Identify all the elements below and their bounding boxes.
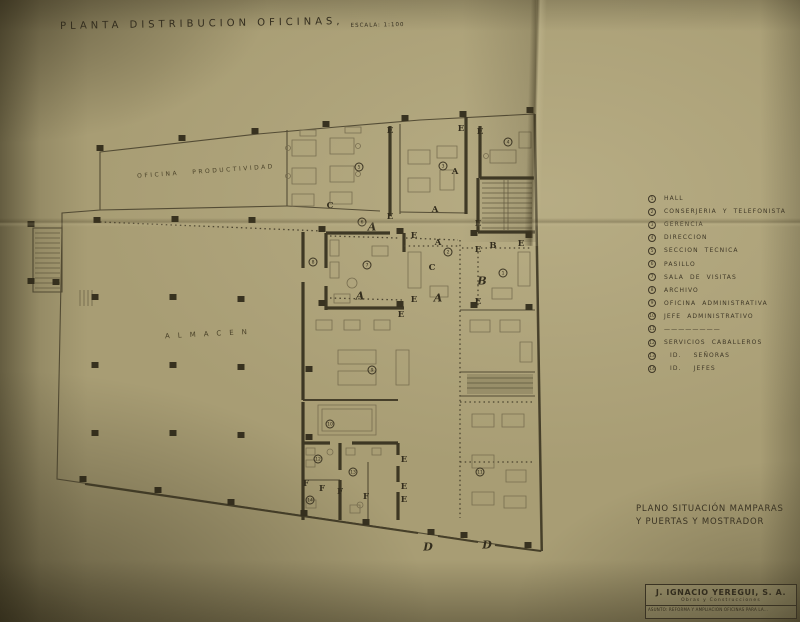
plan-caption-line2: Y PUERTAS Y MOSTRADOR [636, 516, 800, 529]
plan-letter-marker: D [423, 542, 433, 553]
plan-letter-marker: E [411, 296, 417, 305]
legend-item-number: 11 [648, 325, 656, 333]
legend-item-label: PASILLO [664, 261, 696, 268]
company-name: J. IGNACIO YEREGUI, S. A. [646, 588, 796, 597]
plan-letter-marker: A [435, 239, 442, 248]
legend-item-number: 13 [648, 352, 656, 360]
plan-caption-line1: PLANO SITUACIÓN MAMPARAS [636, 503, 800, 516]
legend-item-label: HALL [664, 195, 684, 202]
partition-dashed-lines [100, 222, 534, 518]
room-number-circle: 3 [439, 162, 448, 171]
legend-item: 7SALA DE VISITAS [648, 271, 786, 284]
plan-caption: PLANO SITUACIÓN MAMPARAS Y PUERTAS Y MOS… [636, 503, 800, 529]
plan-letter-marker: E [475, 298, 481, 307]
legend-item: 4DIRECCION [648, 231, 786, 244]
room-number-circle: 12 [314, 455, 323, 464]
legend-item: 10JEFE ADMINISTRATIVO [648, 310, 786, 323]
plan-letter-marker: C [327, 202, 334, 211]
legend-item: 13 ID. SEÑORAS [648, 349, 786, 362]
legend-item-label: OFICINA ADMINISTRATIVA [664, 300, 768, 307]
legend-item-label: ———————— [664, 326, 721, 333]
hatched-band [467, 374, 533, 394]
plan-letter-marker: F [363, 493, 369, 502]
company-subtitle: Obras y Construcciones [646, 598, 796, 603]
plan-letter-marker: F [337, 488, 343, 497]
legend-item: 2CONSERJERIA Y TELEFONISTA [648, 205, 786, 218]
stair-hatching [35, 180, 533, 388]
plan-letter-marker: E [398, 311, 404, 320]
legend-item-label: SERVICIOS CABALLEROS [664, 339, 762, 346]
room-number-circle: 14 [306, 496, 315, 505]
plan-letter-marker: A [356, 291, 365, 302]
legend-item-label: ARCHIVO [664, 287, 699, 294]
room-number-circle: 11 [476, 468, 485, 477]
legend-item-number: 6 [648, 260, 656, 268]
room-number-circle: 7 [363, 261, 372, 270]
room-number-circle: 9 [368, 366, 377, 375]
legend-item: 8ARCHIVO [648, 284, 786, 297]
legend-item-label: DIRECCION [664, 234, 708, 241]
plan-letter-marker: E [401, 496, 407, 505]
room-number-circle: 10 [326, 420, 335, 429]
plan-letter-marker: D [482, 540, 492, 551]
legend-item-number: 1 [648, 195, 656, 203]
legend-item-number: 10 [648, 312, 656, 320]
legend-item-label: JEFE ADMINISTRATIVO [664, 313, 754, 320]
legend-item-number: 12 [648, 339, 656, 347]
legend-item-label: ID. SEÑORAS [664, 352, 730, 359]
legend-item: 11———————— [648, 323, 786, 336]
legend-item: 14 ID. JEFES [648, 362, 786, 375]
legend-item-label: SALA DE VISITAS [664, 274, 737, 281]
plan-letter-marker: E [475, 246, 481, 255]
plan-letter-marker: A [434, 293, 443, 304]
plan-letter-marker: E [401, 483, 407, 492]
horizontal-fold-crease [0, 218, 800, 227]
plan-letter-marker: B [477, 276, 486, 287]
legend-item-number: 9 [648, 299, 656, 307]
plan-letter-marker: A [452, 168, 459, 177]
plan-letter-marker: A [432, 206, 439, 215]
legend-item-number: 5 [648, 247, 656, 255]
room-number-circle: 13 [349, 468, 358, 477]
plan-letter-marker: B [489, 242, 496, 251]
plan-letter-marker: C [429, 264, 436, 273]
legend-item-number: 4 [648, 234, 656, 242]
plan-letter-marker: E [401, 456, 407, 465]
legend-item: 1HALL [648, 192, 786, 205]
photographed-floor-plan: PLANTA DISTRIBUCION OFICINAS,ESCALA: 1:1… [0, 0, 800, 622]
legend-item-number: 2 [648, 208, 656, 216]
room-number-circle: 1 [499, 269, 508, 278]
plan-letter-marker: F [319, 485, 325, 494]
legend-item-label: ID. JEFES [664, 365, 716, 372]
legend-item-number: 7 [648, 273, 656, 281]
plan-letter-marker: F [303, 480, 309, 489]
room-number-circle: 5 [355, 163, 364, 172]
sheet-scale-text: ESCALA: 1:100 [351, 22, 405, 29]
room-number-circle: 8 [309, 258, 318, 267]
legend-item: 12SERVICIOS CABALLEROS [648, 336, 786, 349]
project-description: ASUNTO: REFORMA Y AMPLIACION OFICINAS PA… [646, 605, 796, 613]
plan-letter-marker: E [411, 232, 417, 241]
legend-item-number: 8 [648, 286, 656, 294]
plan-letter-marker: E [387, 127, 393, 136]
title-block: J. IGNACIO YEREGUI, S. A. Obras y Constr… [645, 584, 797, 619]
legend-item-label: CONSERJERIA Y TELEFONISTA [664, 208, 786, 215]
legend-item-number: 14 [648, 365, 656, 373]
legend-item: 5SECCION TECNICA [648, 244, 786, 257]
legend-item: 6PASILLO [648, 257, 786, 270]
legend-item-label: SECCION TECNICA [664, 247, 739, 254]
room-number-circle: 2 [444, 248, 453, 257]
legend-item: 9OFICINA ADMINISTRATIVA [648, 297, 786, 310]
